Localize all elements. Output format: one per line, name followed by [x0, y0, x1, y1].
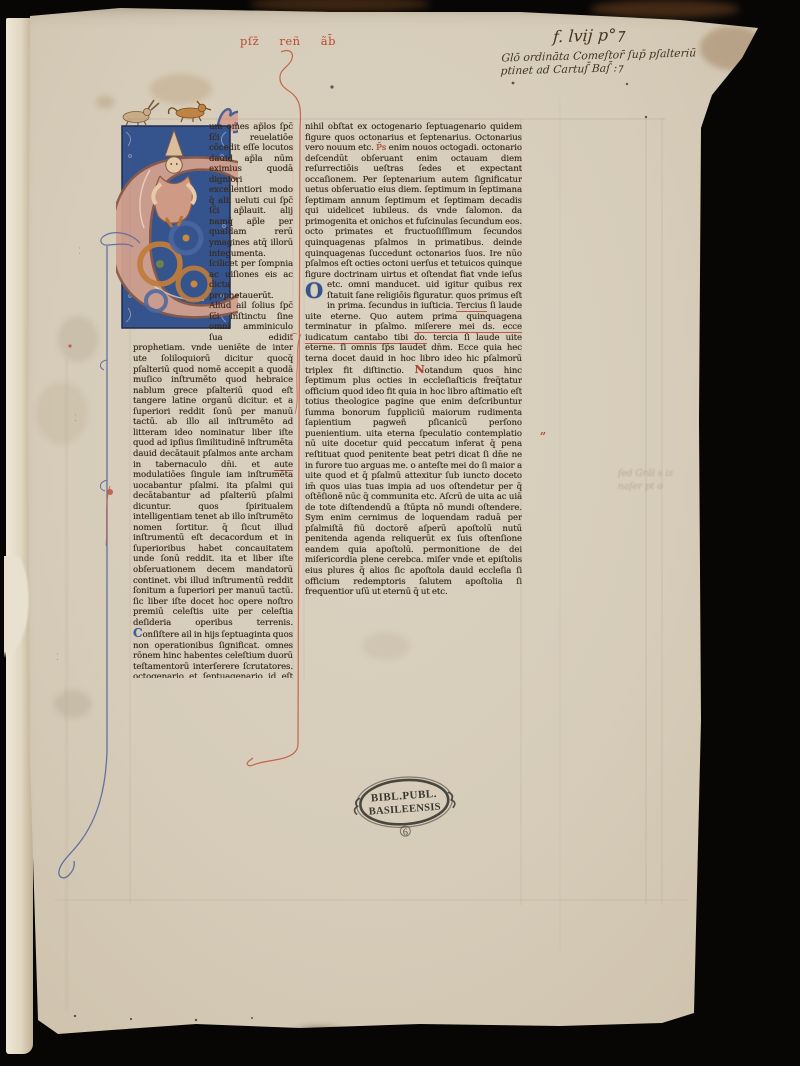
manuscript-photo: { "photo": {"background": "#070605", "su… [0, 0, 800, 1066]
red-speck [68, 344, 71, 347]
ink-spots [74, 75, 738, 1022]
manuscript-page: pſz̄ reñ ãb̄ f. lvij p°⁊ Glō ordināta Co… [0, 0, 800, 1066]
photo-stain-top-1 [250, 0, 430, 12]
stamp-graphic: BIBL.PUBL. BASILEENSIS 6 [346, 767, 467, 857]
red-filigree-blob [107, 489, 113, 495]
blue-flourish [59, 233, 140, 878]
red-flourish [247, 51, 300, 766]
red-filigree [106, 333, 301, 546]
library-stamp: BIBL.PUBL. BASILEENSIS 6 [346, 767, 467, 857]
margin-mark-1: ⁚ [78, 247, 81, 257]
show-through-line-2: naſer pt o [618, 481, 704, 494]
red-paraph-mark: „ [540, 424, 546, 437]
margin-mark-3: ⁚ [56, 653, 59, 663]
stamp-text-line-2: BASILEENSIS [368, 802, 441, 818]
show-through-text: ſed Grāl s iz naſer pt o [618, 468, 704, 494]
margin-mark-2: ⁚ [74, 414, 77, 424]
stain [292, 1026, 346, 1042]
pen-flourish-layer [0, 0, 800, 1066]
photo-stain-top-2 [590, 0, 740, 18]
show-through-line-1: ſed Grāl s iz [618, 468, 704, 481]
